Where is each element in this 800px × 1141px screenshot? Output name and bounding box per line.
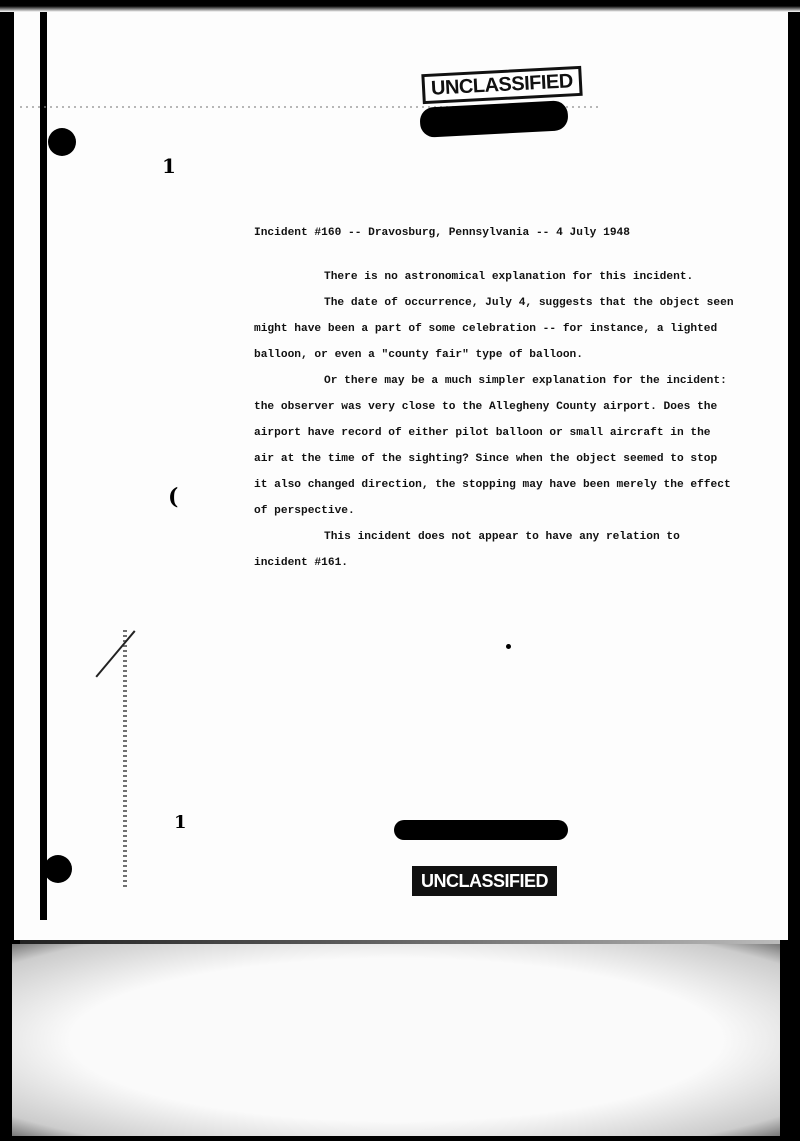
classification-stamp-bottom: UNCLASSIFIED [412, 866, 557, 896]
paragraph-1: There is no astronomical explanation for… [254, 264, 734, 290]
margin-mark-2: ( [168, 484, 178, 510]
margin-scan-artifact [123, 630, 127, 890]
margin-mark-1: 1 [162, 154, 176, 178]
underlying-sheet [12, 944, 780, 1136]
document-body: Incident #160 -- Dravosburg, Pennsylvani… [254, 220, 734, 576]
paragraph-4: This incident does not appear to have an… [254, 524, 734, 576]
paragraph-3: Or there may be a much simpler explanati… [254, 368, 734, 524]
scan-top-edge [0, 0, 800, 12]
paragraph-2: The date of occurrence, July 4, suggests… [254, 290, 734, 368]
margin-mark-3: 1 [174, 812, 187, 833]
punch-hole-bottom [44, 855, 72, 883]
punch-hole-top [48, 128, 76, 156]
incident-title: Incident #160 -- Dravosburg, Pennsylvani… [254, 220, 734, 246]
redaction-bottom [394, 820, 568, 840]
ink-speck [506, 644, 511, 649]
binder-rail [40, 12, 47, 920]
